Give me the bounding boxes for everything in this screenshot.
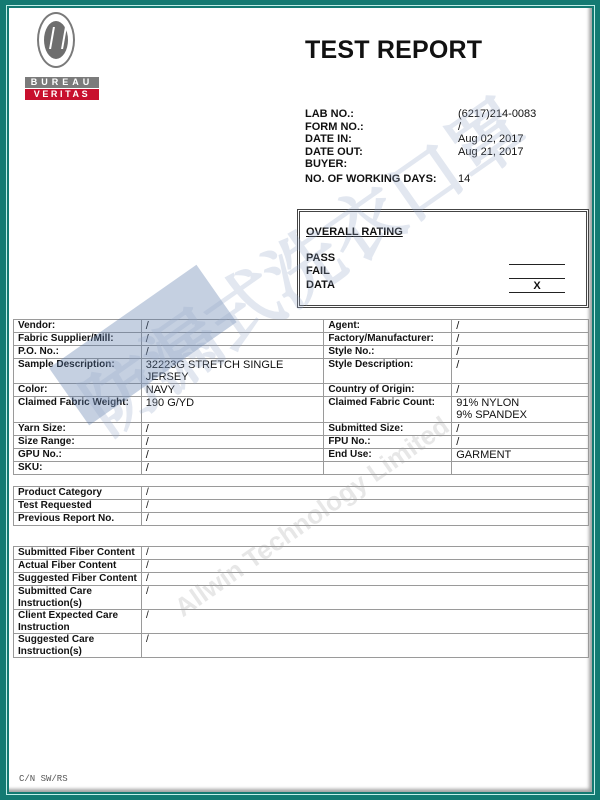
field-value: / — [452, 333, 589, 346]
footer-code: C/N SW/RS — [19, 774, 68, 784]
field-label: Factory/Manufacturer: — [324, 333, 452, 346]
seal-icon — [37, 12, 75, 68]
field-value: / — [142, 586, 589, 610]
table-row: Suggested Care Instruction(s)/ — [14, 634, 589, 658]
field-value: / — [142, 487, 589, 500]
field-value: / — [142, 610, 589, 634]
field-value: / — [142, 573, 589, 586]
rating-mark-data: X — [509, 280, 565, 293]
meta-label: DATE OUT: — [305, 146, 458, 159]
overall-rating-box: OVERALL RATING PASS FAIL DATA X — [297, 209, 589, 308]
field-label: GPU No.: — [14, 449, 142, 462]
field-label: Agent: — [324, 320, 452, 333]
field-value: / — [452, 359, 589, 384]
field-label: FPU No.: — [324, 436, 452, 449]
field-label: Style Description: — [324, 359, 452, 384]
table-row: Submitted Care Instruction(s)/ — [14, 586, 589, 610]
meta-row: DATE IN:Aug 02, 2017 — [305, 133, 536, 146]
field-value: GARMENT — [452, 449, 589, 462]
field-label: Submitted Fiber Content — [14, 547, 142, 560]
table-row: Test Requested/ — [14, 500, 589, 513]
field-label: Style No.: — [324, 346, 452, 359]
field-value: / — [141, 449, 324, 462]
field-value: / — [142, 634, 589, 658]
field-label: Size Range: — [14, 436, 142, 449]
meta-label: DATE IN: — [305, 133, 458, 146]
field-value: / — [141, 436, 324, 449]
meta-label: LAB NO.: — [305, 108, 458, 121]
field-value: NAVY — [141, 384, 324, 397]
report-page: BUREAU VERITAS TEST REPORT LAB NO.:(6217… — [9, 8, 592, 792]
meta-value: / — [458, 121, 461, 134]
field-label: Suggested Care Instruction(s) — [14, 634, 142, 658]
field-value: / — [141, 462, 324, 475]
table-row: SKU:/ — [14, 462, 589, 475]
rating-label-data: DATA — [306, 279, 335, 291]
table-row: Size Range:/FPU No.:/ — [14, 436, 589, 449]
table-row: Vendor:/Agent:/ — [14, 320, 589, 333]
field-value: / — [142, 560, 589, 573]
seal-figure-icon — [44, 21, 68, 59]
field-value: / — [452, 320, 589, 333]
field-label: SKU: — [14, 462, 142, 475]
field-label: End Use: — [324, 449, 452, 462]
field-label: Yarn Size: — [14, 423, 142, 436]
table-row: Suggested Fiber Content/ — [14, 573, 589, 586]
meta-label: FORM NO.: — [305, 121, 458, 134]
rating-mark-fail — [509, 266, 565, 279]
table-row: Yarn Size:/Submitted Size:/ — [14, 423, 589, 436]
table-row: Product Category/ — [14, 487, 589, 500]
meta-row: BUYER: — [305, 158, 536, 171]
fiber-care-table: Submitted Fiber Content/Actual Fiber Con… — [13, 546, 589, 658]
field-label: Actual Fiber Content — [14, 560, 142, 573]
field-value: / — [452, 436, 589, 449]
field-label — [324, 462, 452, 475]
field-label: Country of Origin: — [324, 384, 452, 397]
field-value: / — [452, 423, 589, 436]
table-row: Client Expected Care Instruction/ — [14, 610, 589, 634]
meta-value: (6217)214-0083 — [458, 108, 536, 121]
field-label: Previous Report No. — [14, 513, 142, 526]
meta-label: BUYER: — [305, 158, 458, 171]
report-title: TEST REPORT — [305, 36, 482, 65]
logo-word-bureau: BUREAU — [25, 77, 99, 88]
field-label: Claimed Fabric Count: — [324, 397, 452, 423]
field-label: Test Requested — [14, 500, 142, 513]
table-row: Actual Fiber Content/ — [14, 560, 589, 573]
meta-value: Aug 02, 2017 — [458, 133, 523, 146]
field-value: / — [452, 384, 589, 397]
field-value: / — [142, 513, 589, 526]
product-table: Product Category/Test Requested/Previous… — [13, 486, 589, 526]
field-label: Submitted Size: — [324, 423, 452, 436]
field-value: 190 G/YD — [141, 397, 324, 423]
report-meta: LAB NO.:(6217)214-0083 FORM NO.:/ DATE I… — [305, 108, 536, 186]
field-value: 91% NYLON9% SPANDEX — [452, 397, 589, 423]
field-value: / — [142, 547, 589, 560]
rating-title: OVERALL RATING — [306, 226, 403, 238]
meta-row: FORM NO.:/ — [305, 121, 536, 134]
field-label: Submitted Care Instruction(s) — [14, 586, 142, 610]
meta-label: NO. OF WORKING DAYS: — [305, 173, 458, 186]
meta-row: DATE OUT:Aug 21, 2017 — [305, 146, 536, 159]
field-label: Product Category — [14, 487, 142, 500]
field-label: Suggested Fiber Content — [14, 573, 142, 586]
rating-label-fail: FAIL — [306, 265, 330, 277]
field-value: / — [452, 346, 589, 359]
field-value: / — [141, 423, 324, 436]
rating-mark-pass — [509, 252, 565, 265]
logo-word-veritas: VERITAS — [25, 89, 99, 100]
meta-row: NO. OF WORKING DAYS:14 — [305, 173, 536, 186]
meta-value: 14 — [458, 173, 470, 186]
table-row: Submitted Fiber Content/ — [14, 547, 589, 560]
table-row: GPU No.:/End Use:GARMENT — [14, 449, 589, 462]
meta-row: LAB NO.:(6217)214-0083 — [305, 108, 536, 121]
field-value: / — [142, 500, 589, 513]
table-row: Previous Report No./ — [14, 513, 589, 526]
field-label: Client Expected Care Instruction — [14, 610, 142, 634]
field-value — [452, 462, 589, 475]
meta-value: Aug 21, 2017 — [458, 146, 523, 159]
rating-label-pass: PASS — [306, 252, 335, 264]
